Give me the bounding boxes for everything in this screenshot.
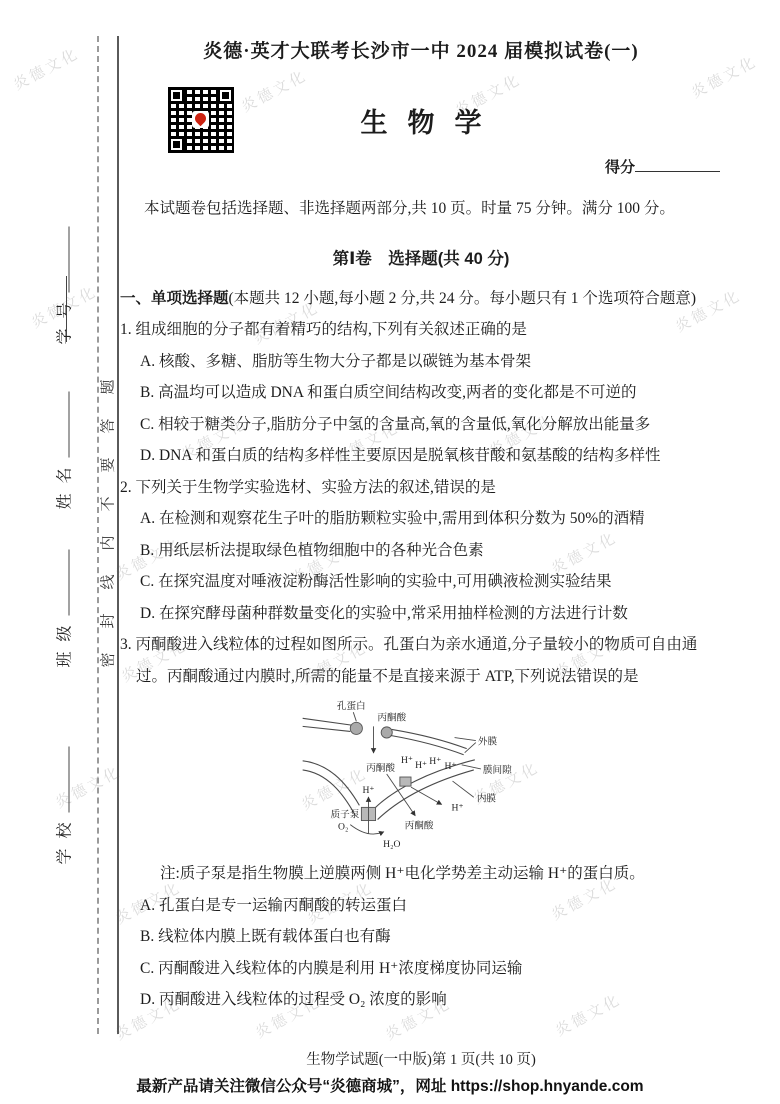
pore-protein-pointer xyxy=(353,712,356,721)
outer-membrane-line xyxy=(391,735,464,754)
pore-protein-shape xyxy=(381,727,392,738)
pyruvate-label: 丙酮酸 xyxy=(377,711,406,723)
intermembrane-space-label: 膜间隙 xyxy=(483,764,512,776)
watermark: 炎德文化 xyxy=(9,42,82,94)
proton-pump-label: 质子泵 xyxy=(331,809,360,821)
exam-page: 炎德·英才大联考长沙市一中 2024 届模拟试卷(一) 生物学 得分 本试题卷包… xyxy=(120,30,722,1016)
school-field: 学校 xyxy=(52,745,75,865)
question-2-option-b[interactable]: B. 用纸层析法提取绿色植物细胞中的各种光合色素 xyxy=(120,535,722,567)
footer-promo: 最新产品请关注微信公众号“炎德商城”，网址 https://shop.hnyan… xyxy=(0,1074,780,1096)
question-3-figure: 孔蛋白 丙酮酸 外膜 膜间隙 内膜 H⁺ H⁺ H⁺ H⁺ 丙酮酸 H⁺ H⁺ … xyxy=(272,696,548,856)
score-row: 得分 xyxy=(120,156,720,177)
footer-page-label: 生物学试题(一中版)第 1 页(共 10 页) xyxy=(120,1048,722,1069)
question-3-option-d[interactable]: D. 丙酮酸进入线粒体的过程受 O₂ 浓度的影响 xyxy=(120,984,722,1016)
outer-membrane-pointer xyxy=(465,743,476,753)
exam-instructions: 本试题卷包括选择题、非选择题两部分,共 10 页。时量 75 分钟。满分 100… xyxy=(144,193,722,225)
student-id-label: 学号 xyxy=(57,292,74,344)
inner-membrane-pointer xyxy=(453,781,474,797)
question-2-stem: 2. 下列关于生物学实验选材、实验方法的叙述,错误的是 xyxy=(120,472,722,504)
mitochondria-diagram: 孔蛋白 丙酮酸 外膜 膜间隙 内膜 H⁺ H⁺ H⁺ H⁺ 丙酮酸 H⁺ H⁺ … xyxy=(272,696,548,856)
oxygen-label: O₂ xyxy=(338,822,348,833)
h-ion-cotransport-arrow xyxy=(411,787,441,804)
part-one-title: 一、单项选择题 xyxy=(120,290,229,307)
question-3-option-b[interactable]: B. 线粒体内膜上既有载体蛋白也有酶 xyxy=(120,921,722,953)
outer-membrane-label: 外膜 xyxy=(478,736,498,748)
qr-finder-icon xyxy=(168,87,185,104)
water-label: H₂O xyxy=(383,839,400,850)
question-2-option-c[interactable]: C. 在探究温度对唾液淀粉酶活性影响的实验中,可用碘液检测实验结果 xyxy=(120,566,722,598)
school-blank-line[interactable] xyxy=(65,746,70,812)
h-ion-label: H⁺ xyxy=(429,756,441,767)
question-text: 丙酮酸进入线粒体的过程如图所示。孔蛋白为亲水通道,分子量较小的物质可自由通过。丙… xyxy=(136,636,698,685)
h-ion-label: H⁺ xyxy=(401,755,413,766)
qr-finder-icon xyxy=(217,87,234,104)
student-id-blank-line[interactable] xyxy=(65,226,70,292)
school-label: 学校 xyxy=(57,812,74,864)
class-blank-line[interactable] xyxy=(65,549,70,615)
outer-membrane-line xyxy=(303,726,351,731)
question-number: 3. xyxy=(120,636,132,653)
question-number: 1. xyxy=(120,321,132,338)
pyruvate-label: 丙酮酸 xyxy=(366,762,395,774)
score-label: 得分 xyxy=(605,159,635,176)
intermembrane-space-pointer xyxy=(462,765,481,769)
question-1-option-a[interactable]: A. 核酸、多糖、脂肪等生物大分子都是以碳链为基本骨架 xyxy=(120,346,722,378)
inner-membrane-label: 内膜 xyxy=(477,792,497,804)
part-one-heading: 一、单项选择题(本题共 12 小题,每小题 2 分,共 24 分。每小题只有 1… xyxy=(120,283,722,315)
h-ion-label: H⁺ xyxy=(452,802,464,813)
pyruvate-label: 丙酮酸 xyxy=(405,820,434,832)
exam-title: 炎德·英才大联考长沙市一中 2024 届模拟试卷(一) xyxy=(120,36,722,63)
outer-membrane-pointer xyxy=(455,738,476,741)
name-field: 姓名 xyxy=(52,390,75,510)
section-heading: 第Ⅰ卷 选择题(共 40 分) xyxy=(120,245,722,269)
question-2-option-a[interactable]: A. 在检测和观察花生子叶的脂肪颗粒实验中,需用到体积分数为 50%的酒精 xyxy=(120,503,722,535)
h-ion-label: H⁺ xyxy=(362,785,374,796)
pore-protein-shape xyxy=(350,722,362,734)
question-number: 2. xyxy=(120,479,132,496)
class-field: 班级 xyxy=(52,548,75,668)
question-3-option-c[interactable]: C. 丙酮酸进入线粒体的内膜是利用 H⁺浓度梯度协同运输 xyxy=(120,953,722,985)
class-label: 班级 xyxy=(57,615,74,667)
question-1-stem: 1. 组成细胞的分子都有着精巧的结构,下列有关叙述正确的是 xyxy=(120,314,722,346)
part-one-note: (本题共 12 小题,每小题 2 分,共 24 分。每小题只有 1 个选项符合题… xyxy=(229,290,697,307)
question-1-option-d[interactable]: D. DNA 和蛋白质的结构多样性主要原因是脱氧核苷酸和氨基酸的结构多样性 xyxy=(120,440,722,472)
pyruvate-transporter-shape xyxy=(400,777,411,786)
question-3-option-a[interactable]: A. 孔蛋白是专一运输丙酮酸的转运蛋白 xyxy=(120,890,722,922)
flame-logo-icon xyxy=(192,111,209,128)
pore-protein-label: 孔蛋白 xyxy=(337,700,366,712)
question-3-stem: 3. 丙酮酸进入线粒体的过程如图所示。孔蛋白为亲水通道,分子量较小的物质可自由通… xyxy=(120,629,722,692)
qr-code xyxy=(168,87,234,153)
score-blank-line[interactable] xyxy=(635,157,720,172)
oxygen-to-water-arrow xyxy=(350,825,383,834)
h-ion-label: H⁺ xyxy=(444,761,456,772)
name-blank-line[interactable] xyxy=(65,391,70,457)
question-2-option-d[interactable]: D. 在探究酵母菌种群数量变化的实验中,常采用抽样检测的方法进行计数 xyxy=(120,598,722,630)
name-label: 姓名 xyxy=(57,457,74,509)
outer-membrane-line xyxy=(303,718,354,725)
qr-finder-icon xyxy=(168,136,185,153)
h-ion-label: H⁺ xyxy=(415,760,427,771)
question-1-option-c[interactable]: C. 相较于糖类分子,脂肪分子中氢的含量高,氧的含量低,氧化分解放出能量多 xyxy=(120,409,722,441)
seal-phrase: 密封线内不要答题 xyxy=(97,364,118,668)
question-3-note: 注:质子泵是指生物膜上逆膜两侧 H⁺电化学势差主动运输 H⁺的蛋白质。 xyxy=(160,858,722,890)
question-text: 下列关于生物学实验选材、实验方法的叙述,错误的是 xyxy=(136,479,496,496)
outer-membrane-line xyxy=(392,729,467,748)
question-1-option-b[interactable]: B. 高温均可以造成 DNA 和蛋白质空间结构改变,两者的变化都是不可逆的 xyxy=(120,377,722,409)
question-text: 组成细胞的分子都有着精巧的结构,下列有关叙述正确的是 xyxy=(136,321,527,338)
student-id-wrap: 学号 xyxy=(52,225,75,345)
